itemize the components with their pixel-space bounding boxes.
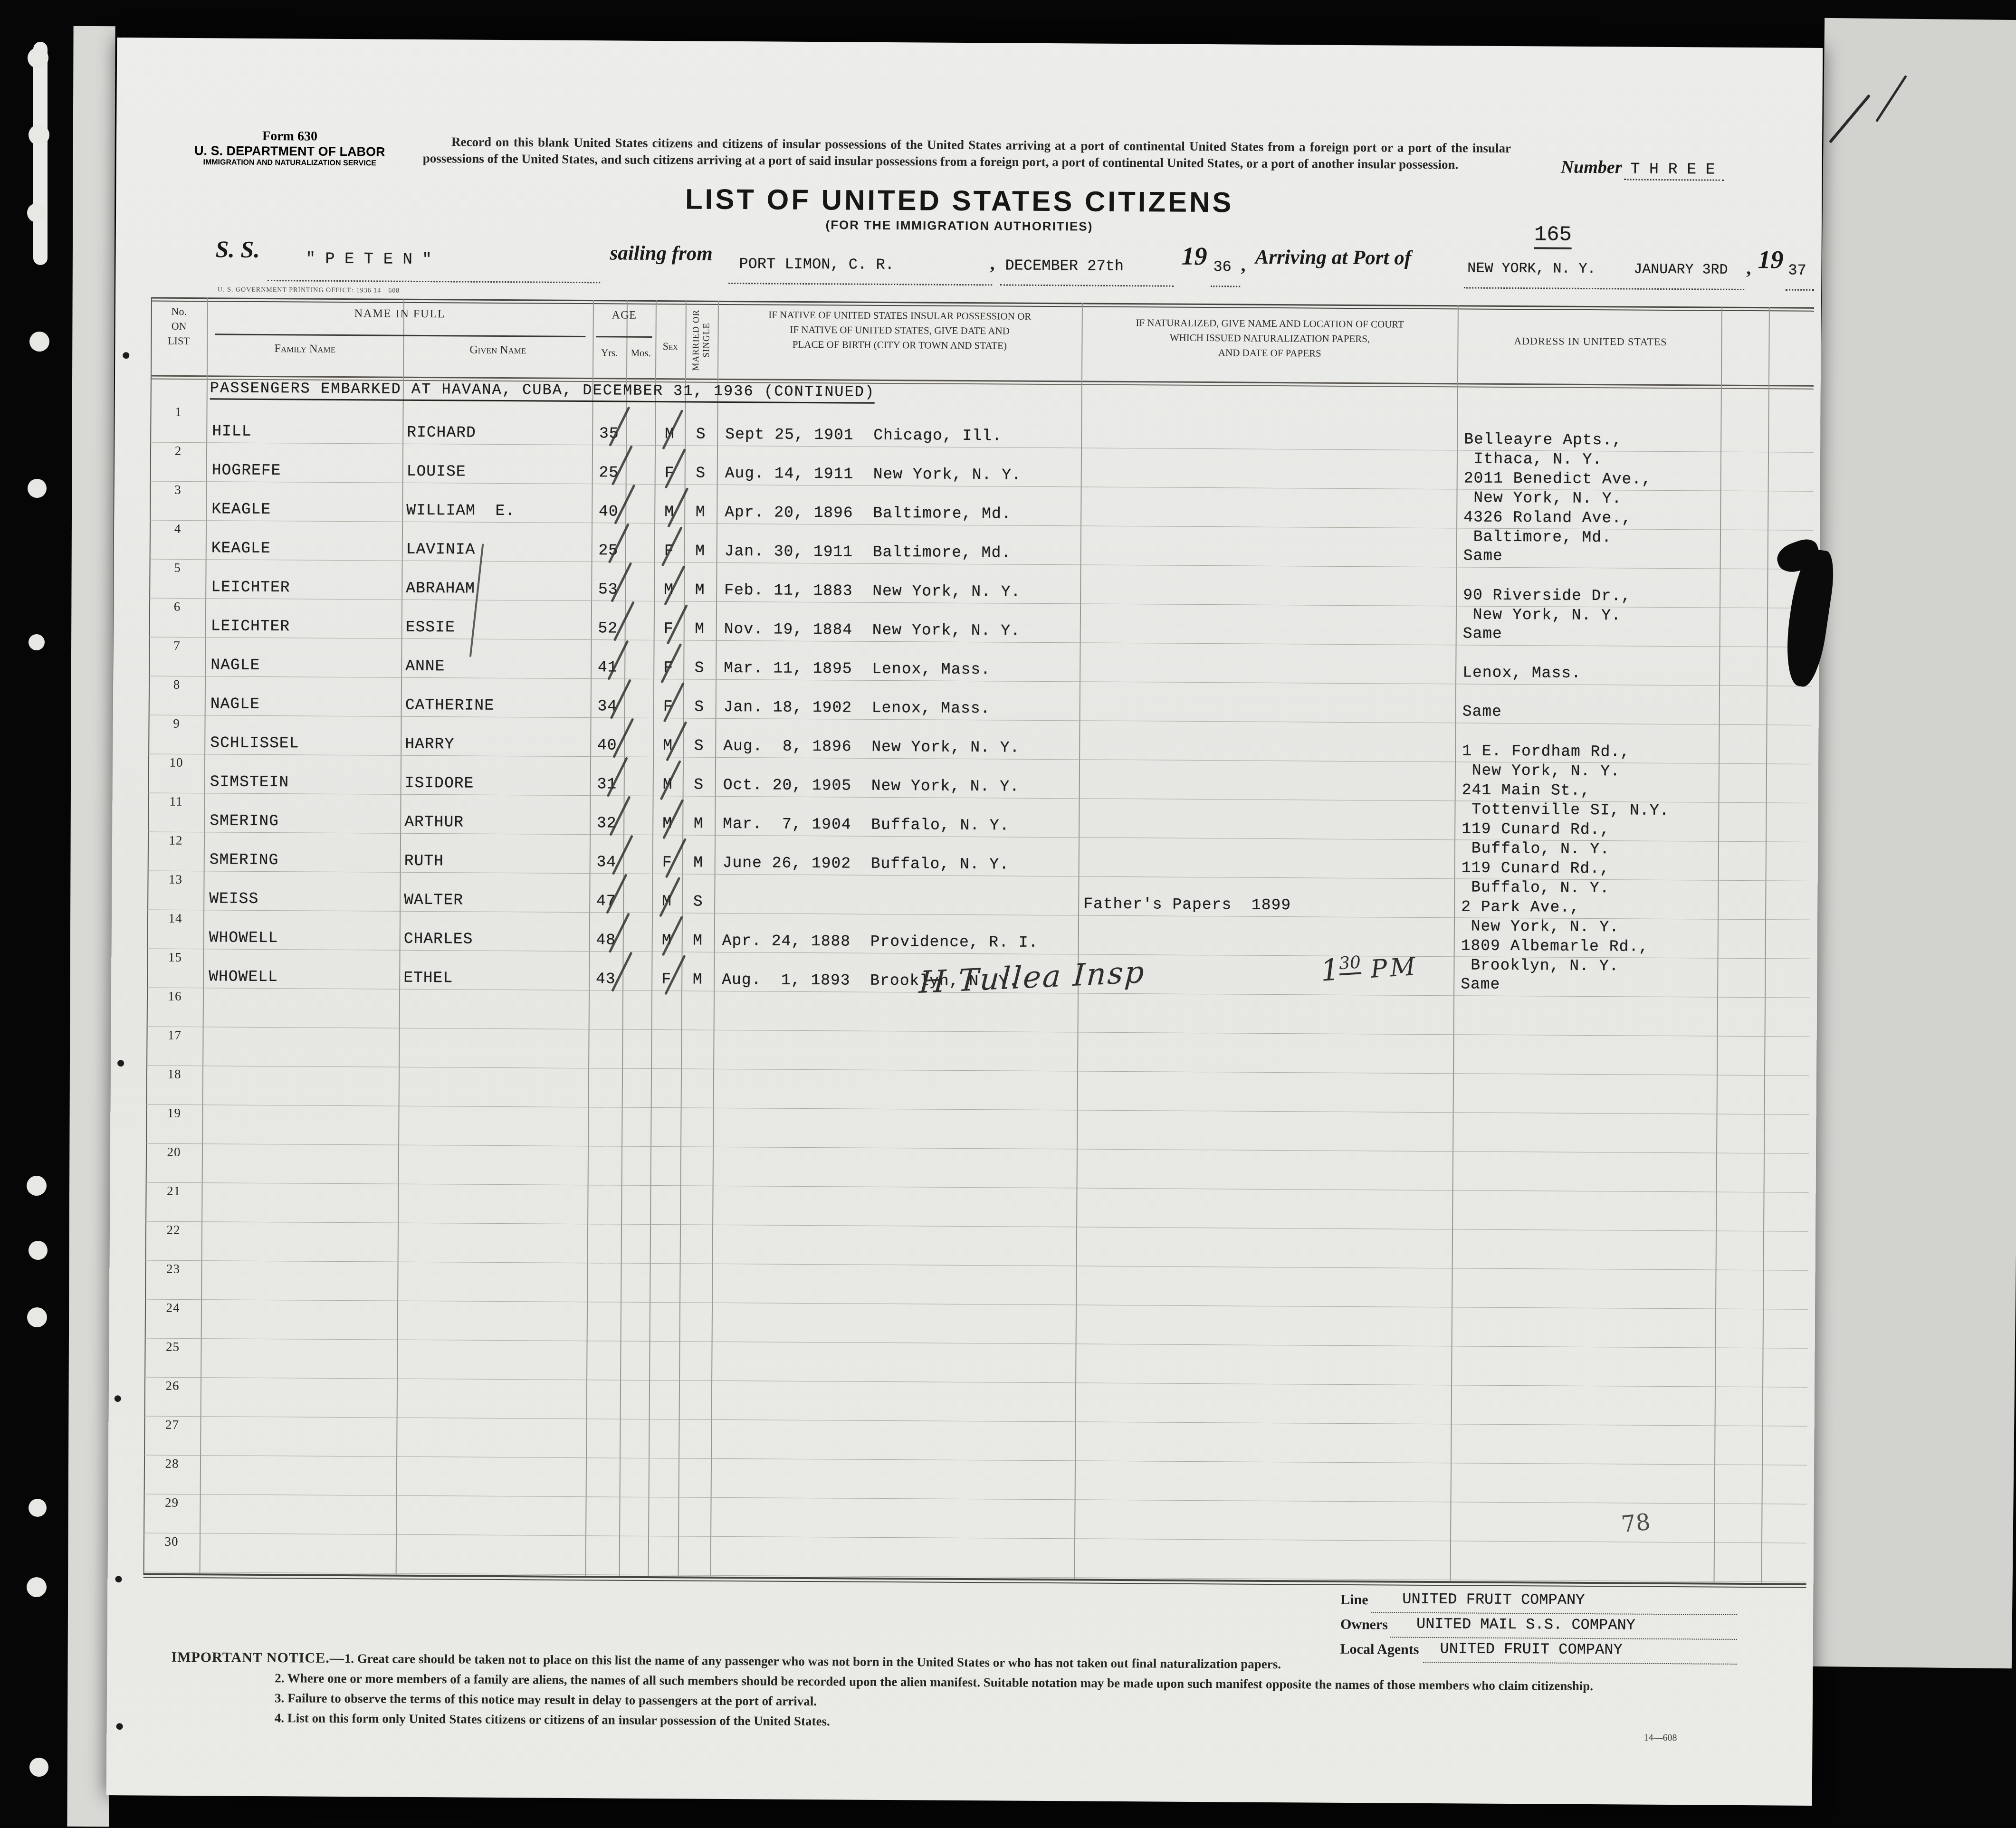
punch-dot: [116, 1723, 123, 1730]
address-cell: Same: [1462, 702, 1502, 722]
header-sex: Sex: [655, 340, 685, 352]
birth-cell: Apr. 20, 1896 Baltimore, Md.: [725, 504, 1012, 523]
arrival-date: JANUARY 3RD: [1634, 262, 1728, 278]
header-no-on-list: No. ON LIST: [151, 304, 207, 349]
birth-cell: Apr. 24, 1888 Providence, R. I.: [722, 932, 1039, 952]
given-name-cell: ESSIE: [406, 619, 455, 637]
punch-dot: [115, 1576, 122, 1582]
given-name-cell: RUTH: [404, 852, 444, 870]
header-given-name: Given Name: [403, 343, 592, 357]
family-name-cell: SMERING: [210, 851, 279, 869]
film-hole: [29, 332, 49, 352]
header-mos: Mos.: [626, 347, 655, 359]
row-number: 20: [146, 1144, 202, 1160]
row-number: 21: [145, 1183, 201, 1199]
address-cell: Lenox, Mass.: [1462, 663, 1581, 683]
given-name-cell: ETHEL: [403, 969, 453, 987]
given-name-cell: HARRY: [405, 735, 454, 753]
row-number: 30: [143, 1534, 200, 1549]
row-number: 24: [145, 1300, 201, 1315]
row-number: 5: [149, 561, 205, 576]
birth-cell: Oct. 20, 1905 New York, N. Y.: [723, 776, 1020, 796]
given-name-cell: ISIDORE: [405, 774, 474, 792]
age-yrs-cell: 47: [589, 892, 623, 910]
sailing-date: DECEMBER 27th: [1005, 257, 1124, 275]
underlying-sheet: [1807, 18, 2016, 1668]
age-yrs-cell: 35: [592, 425, 626, 442]
owners-rule: [1390, 1637, 1737, 1640]
family-name-cell: WHOWELL: [209, 968, 278, 986]
row-number: 17: [146, 1028, 202, 1043]
birth-cell: Feb. 11, 1883 New York, N. Y.: [724, 581, 1021, 601]
sailing-port-rule: [728, 283, 992, 286]
ship-name-rule: [268, 280, 600, 283]
row-number: 2: [150, 444, 206, 459]
manifest-page: Form 630 U. S. DEPARTMENT OF LABOR IMMIG…: [106, 38, 1823, 1806]
marital-cell: M: [682, 854, 715, 871]
header-naturalized: IF NATURALIZED, GIVE NAME AND LOCATION O…: [1087, 315, 1453, 362]
given-name-cell: LAVINIA: [406, 541, 476, 559]
film-hole: [29, 1499, 47, 1517]
notice-heading: IMPORTANT NOTICE.—: [171, 1649, 344, 1666]
marital-cell: S: [683, 659, 716, 676]
page-title: LIST OF UNITED STATES CITIZENS: [484, 181, 1434, 220]
sailing-date-rule: [1000, 284, 1174, 286]
film-hole: [29, 1758, 48, 1777]
arriving-label: Arriving at Port of: [1255, 246, 1411, 270]
comma: ,: [990, 252, 994, 274]
row-number: 25: [144, 1339, 201, 1354]
age-yrs-cell: 31: [590, 775, 624, 793]
family-name-cell: KEAGLE: [211, 500, 271, 518]
film-hole: [28, 479, 47, 498]
line-value: UNITED FRUIT COMPANY: [1402, 1590, 1585, 1609]
film-hole: [27, 1307, 47, 1327]
arrival-year-rule: [1786, 289, 1814, 291]
marital-cell: M: [682, 932, 714, 949]
birth-cell: Aug. 14, 1911 New York, N. Y.: [725, 465, 1022, 484]
ship-name: " P E T E N ": [306, 250, 431, 269]
number-value: T H R E E: [1624, 160, 1723, 181]
marital-cell: M: [682, 815, 715, 832]
row-number: 18: [146, 1066, 202, 1082]
film-hole: [29, 634, 45, 650]
age-yrs-cell: 41: [591, 658, 624, 676]
sailing-year-prefix: 19: [1181, 241, 1207, 271]
row-rule: [143, 1571, 1806, 1582]
form-code: 14—608: [1643, 1733, 1677, 1743]
row-number: 11: [148, 794, 204, 809]
punch-dot: [117, 1060, 124, 1066]
given-name-cell: WILLIAM E.: [406, 502, 515, 520]
row-number: 7: [149, 638, 205, 654]
film-hole: [27, 1176, 47, 1196]
line-rule: [1371, 1612, 1737, 1615]
row-number: 28: [144, 1456, 200, 1471]
time-notation: 130 PM: [1319, 947, 1419, 988]
birth-cell: Nov. 19, 1884 New York, N. Y.: [724, 620, 1021, 640]
marital-cell: S: [683, 698, 716, 715]
family-name-cell: LEICHTER: [211, 617, 290, 635]
arrival-port: NEW YORK, N. Y.: [1467, 260, 1596, 277]
row-number: 4: [150, 522, 206, 537]
section-note: PASSENGERS EMBARKED AT HAVANA, CUBA, DEC…: [210, 379, 875, 404]
header-name-in-full: NAME IN FULL: [207, 306, 593, 322]
punch-dot: [115, 1395, 121, 1402]
film-hole: [27, 1577, 47, 1597]
marital-cell: M: [681, 971, 714, 988]
owners-label: Owners: [1340, 1617, 1388, 1633]
marital-cell: M: [684, 542, 717, 560]
number-label: Number: [1561, 157, 1622, 178]
given-name-cell: CATHERINE: [405, 696, 494, 714]
marital-cell: S: [685, 425, 717, 443]
ss-label: S. S.: [215, 235, 259, 263]
row-number: 15: [147, 950, 203, 965]
birth-cell: Aug. 8, 1896 New York, N. Y.: [723, 737, 1020, 757]
marital-cell: S: [683, 737, 715, 754]
given-name-cell: WALTER: [404, 891, 463, 909]
marital-cell: S: [685, 464, 717, 482]
row-number: 22: [145, 1222, 201, 1238]
row-number: 19: [146, 1105, 202, 1121]
film-hole: [28, 48, 48, 68]
film-hole: [29, 1241, 48, 1260]
family-name-cell: NAGLE: [210, 656, 260, 674]
row-number: 3: [150, 483, 206, 498]
punch-dot: [123, 352, 129, 359]
age-header-rule: [596, 336, 652, 338]
birth-cell: June 26, 1902 Buffalo, N. Y.: [723, 854, 1010, 874]
marital-cell: S: [683, 776, 715, 793]
row-number: 8: [149, 677, 205, 693]
row-number: 16: [147, 989, 203, 1004]
row-number: 1: [150, 405, 206, 420]
sheet-number: Number T H R E E: [1561, 157, 1724, 179]
birth-cell: Jan. 30, 1911 Baltimore, Md.: [725, 543, 1012, 562]
sailing-year: 36: [1213, 258, 1232, 276]
row-number: 23: [145, 1261, 201, 1276]
naturalization-cell: Father's Papers 1899: [1083, 895, 1291, 914]
row-number: 10: [148, 755, 204, 770]
family-name-cell: NAGLE: [210, 695, 260, 713]
marital-cell: M: [684, 620, 716, 638]
owners-value: UNITED MAIL S.S. COMPANY: [1416, 1615, 1635, 1634]
sailing-port: PORT LIMON, C. R.: [739, 255, 894, 274]
family-name-cell: KEAGLE: [211, 539, 271, 557]
family-name-cell: SMERING: [210, 812, 279, 830]
time-meridiem: PM: [1370, 952, 1419, 984]
printing-office-note: U. S. GOVERNMENT PRINTING OFFICE: 1936 1…: [218, 286, 400, 295]
line-label: Line: [1340, 1592, 1368, 1608]
page-stamp: 165: [1534, 223, 1572, 249]
given-name-cell: CHARLES: [404, 930, 473, 948]
sailing-year-rule: [1211, 286, 1240, 287]
address-cell: Same: [1461, 974, 1500, 994]
family-name-cell: LEICHTER: [211, 578, 290, 596]
sailing-from-label: sailing from: [610, 241, 713, 265]
important-notice: IMPORTANT NOTICE.—1. Great care should b…: [171, 1648, 1635, 1737]
header-family-name: Family Name: [207, 342, 403, 356]
time-minutes: 30: [1338, 953, 1362, 976]
arrival-port-rule: [1464, 287, 1744, 290]
given-name-cell: LOUISE: [407, 463, 466, 481]
row-number: 12: [148, 833, 204, 848]
row-number: 13: [147, 872, 203, 887]
form-number: Form 630: [188, 128, 392, 145]
column-lines: [117, 38, 1823, 48]
pencil-page-number: 78: [1620, 1509, 1652, 1538]
service-name: IMMIGRATION AND NATURALIZATION SERVICE: [188, 158, 392, 168]
row-number: 29: [143, 1495, 200, 1510]
header-age: AGE: [593, 309, 656, 322]
film-hole: [27, 203, 46, 222]
marital-cell: M: [684, 503, 717, 521]
birth-cell: Mar. 7, 1904 Buffalo, N. Y.: [723, 815, 1010, 835]
arrival-year: 37: [1788, 262, 1806, 279]
row-number: 6: [149, 600, 205, 615]
form-instructions: Record on this blank United States citiz…: [423, 133, 1511, 173]
given-name-cell: RICHARD: [407, 424, 476, 442]
comma: ,: [1746, 257, 1751, 279]
marital-cell: M: [684, 581, 716, 599]
address-cell: Same: [1463, 624, 1502, 644]
row-number: 9: [148, 716, 204, 732]
form-id-block: Form 630 U. S. DEPARTMENT OF LABOR IMMIG…: [188, 128, 392, 168]
comma: ,: [1241, 254, 1245, 276]
time-hour: 1: [1319, 952, 1340, 988]
row-number: 14: [147, 911, 203, 926]
birth-cell: Sept 25, 1901 Chicago, Ill.: [725, 426, 1002, 445]
row-number: 26: [144, 1378, 201, 1393]
birth-cell: Mar. 11, 1895 Lenox, Mass.: [724, 659, 991, 678]
family-name-cell: WHOWELL: [209, 929, 278, 947]
department-name: U. S. DEPARTMENT OF LABOR: [188, 143, 392, 160]
header-yrs: Yrs.: [592, 347, 626, 359]
family-name-cell: SIMSTEIN: [210, 773, 289, 791]
film-hole: [29, 124, 49, 145]
film-scratch: [33, 42, 48, 265]
family-name-cell: WEISS: [209, 890, 258, 908]
address-cell: Same: [1463, 546, 1503, 566]
family-name-cell: SCHLISSEL: [210, 734, 299, 752]
family-name-cell: HILL: [212, 422, 251, 440]
age-yrs-cell: 25: [592, 542, 625, 559]
family-name-cell: HOGREFE: [212, 461, 281, 479]
given-name-cell: ARTHUR: [404, 813, 464, 831]
header-birth: IF NATIVE OF UNITED STATES INSULAR POSSE…: [722, 307, 1077, 354]
given-name-cell: ANNE: [405, 657, 445, 676]
header-address: ADDRESS IN UNITED STATES: [1462, 334, 1719, 348]
given-name-cell: ABRAHAM: [406, 580, 475, 598]
marital-cell: S: [682, 893, 714, 910]
header-married-or-single: MARRIED OR SINGLE: [691, 303, 712, 377]
name-header-rule: [215, 333, 586, 337]
arrival-year-prefix: 19: [1758, 245, 1783, 274]
birth-cell: Jan. 18, 1902 Lenox, Mass.: [724, 698, 991, 717]
row-number: 27: [144, 1417, 200, 1432]
